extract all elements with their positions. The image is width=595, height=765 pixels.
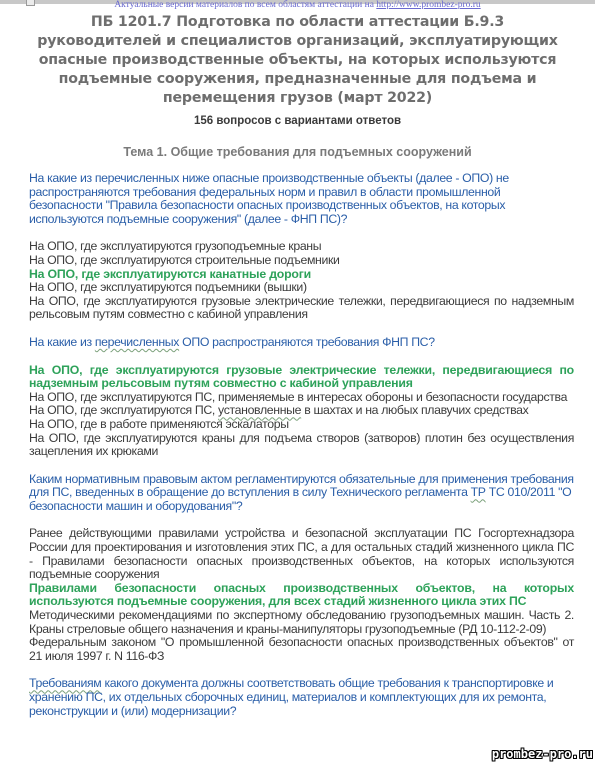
document-subtitle: 156 вопросов с вариантами ответов <box>0 115 595 127</box>
header-note-text: Актуальные версии материалов по всем обл… <box>114 0 376 10</box>
header-note-link[interactable]: http://www.prombez-pro.ru <box>376 0 480 10</box>
question-1: На какие из перечисленных ниже опасные п… <box>29 172 574 226</box>
question-3: Каким нормативным правовым актом регламе… <box>29 473 574 514</box>
answer-option: На ОПО, где эксплуатируются грузоподъемн… <box>29 240 574 254</box>
questions-list: На какие из перечисленных ниже опасные п… <box>29 172 574 732</box>
answer-option-correct: На ОПО, где эксплуатируются канатные дор… <box>29 268 574 282</box>
question-2: На какие из перечисленных ОПО распростра… <box>29 336 574 350</box>
answer-option: Федеральным законом "О промышленной безо… <box>29 636 574 663</box>
answer-text: На ОПО, где эксплуатируются ПС, <box>29 403 218 417</box>
answer-option-correct: Правилами безопасности опасных производс… <box>29 582 574 609</box>
question-text: На какие из <box>29 335 95 349</box>
watermark: prombez-pro.ru <box>492 747 593 761</box>
answer-option: На ОПО, где эксплуатируются краны для по… <box>29 432 574 459</box>
question-4: Требованиям какого документа должны соот… <box>29 677 574 718</box>
answer-option: На ОПО, где эксплуатируются ПС, применяе… <box>29 391 574 405</box>
topic-heading: Тема 1. Общие требования для подъемных с… <box>0 145 595 159</box>
spellcheck-word: Требованиям <box>29 676 101 690</box>
document-title: ПБ 1201.7 Подготовка по области аттестац… <box>30 13 565 108</box>
answer-option-correct: На ОПО, где эксплуатируются грузовые эле… <box>29 364 574 391</box>
answer-option: Ранее действующими правилами устройства … <box>29 527 574 581</box>
answer-option: На ОПО, где эксплуатируются грузовые эле… <box>29 295 574 322</box>
answer-option: Методическими рекомендациями по экспертн… <box>29 609 574 636</box>
answer-option: На ОПО, где эксплуатируются строительные… <box>29 254 574 268</box>
answer-option: На ОПО, где эксплуатируются ПС, установл… <box>29 404 574 418</box>
answer-option: На ОПО, где в работе применяются эскалат… <box>29 418 574 432</box>
answers-1: На ОПО, где эксплуатируются грузоподъемн… <box>29 240 574 322</box>
spellcheck-word: ТР <box>471 485 486 499</box>
spellcheck-word: перечисленных <box>95 335 179 349</box>
spellcheck-word: установленные <box>218 403 301 417</box>
question-text: ОПО распространяются требования ФНП ПС? <box>179 335 435 349</box>
question-text: какого документа должны соответствовать … <box>29 676 553 717</box>
answers-3: Ранее действующими правилами устройства … <box>29 527 574 663</box>
answer-text: в шахтах и на любых плавучих средствах <box>301 403 528 417</box>
answers-2: На ОПО, где эксплуатируются грузовые эле… <box>29 364 574 459</box>
header-note: Актуальные версии материалов по всем обл… <box>0 0 595 11</box>
answer-option: На ОПО, где эксплуатируются подъемники (… <box>29 281 574 295</box>
